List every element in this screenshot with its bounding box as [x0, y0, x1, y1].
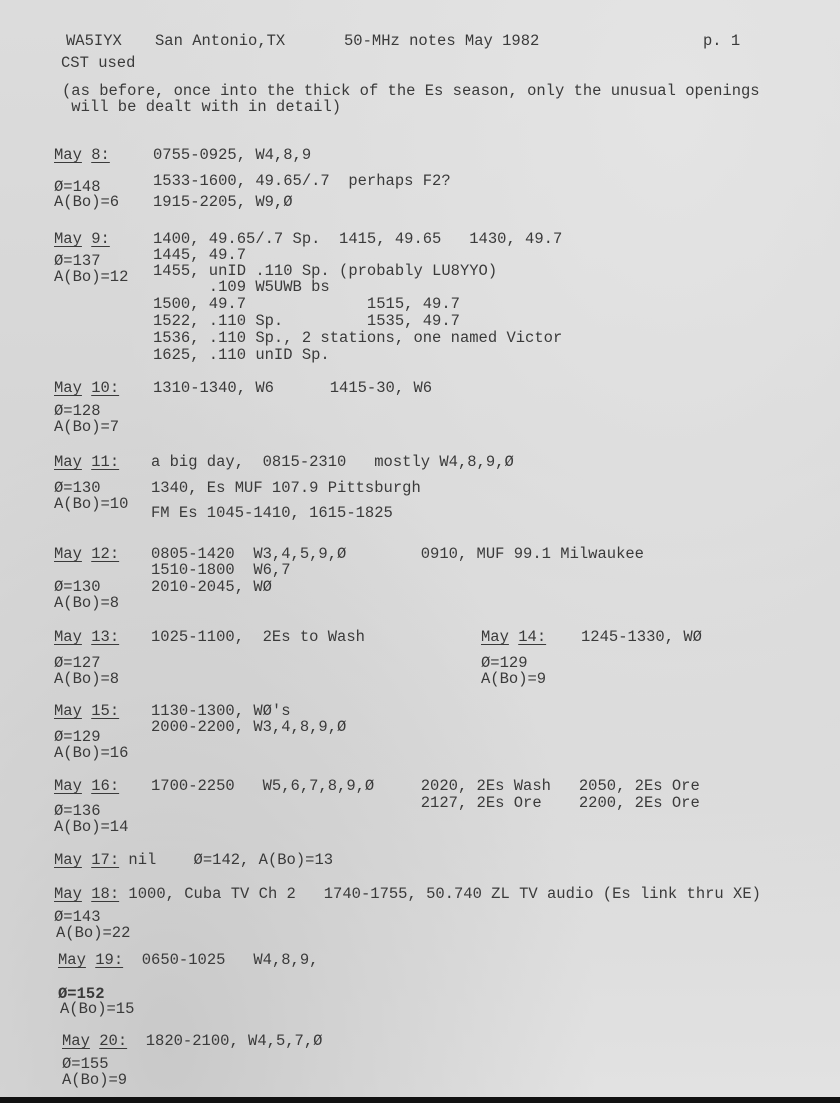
log-line: 0650-1025 W4,8,9,: [123, 951, 318, 969]
log-line: 1000, Cuba TV Ch 2 1740-1755, 50.740 ZL …: [119, 885, 761, 903]
date-month: May: [62, 1032, 90, 1050]
date-day: 8:: [91, 146, 110, 164]
a-index: A(Bo)=8: [54, 670, 119, 688]
log-line: 2000-2200, W3,4,8,9,Ø: [151, 718, 346, 736]
log-line: 0755-0925, W4,8,9: [153, 146, 311, 164]
log-line: 1533-1600, 49.65/.7 perhaps F2?: [153, 172, 451, 190]
a-index: A(Bo)=6: [54, 193, 119, 211]
a-index: A(Bo)=12: [54, 268, 128, 286]
date-month: May: [54, 379, 82, 397]
log-line: 1510-1800 W6,7: [151, 561, 291, 579]
log-line: 1625, .110 unID Sp.: [153, 346, 330, 364]
a-index: A(Bo)=9: [481, 670, 546, 688]
date-month: May: [54, 885, 82, 903]
date-day: 13:: [91, 628, 119, 646]
page-bottom-edge: [0, 1097, 840, 1103]
date-month: May: [54, 851, 82, 869]
typewritten-page: WA5IYX San Antonio,TX 50-MHz notes May 1…: [0, 0, 840, 1101]
a-index: A(Bo)=22: [56, 924, 130, 942]
a-index: A(Bo)=14: [54, 818, 128, 836]
page-number: p. 1: [703, 32, 740, 50]
date-day: 11:: [91, 453, 119, 471]
date-month: May: [58, 951, 86, 969]
time-note: CST used: [61, 54, 135, 72]
date-day: 18:: [91, 885, 119, 903]
log-line: 1310-1340, W6 1415-30, W6: [153, 379, 432, 397]
location: San Antonio,TX: [155, 32, 285, 50]
a-index: A(Bo)=15: [60, 1000, 134, 1018]
log-line: 1500, 49.7 1515, 49.7: [153, 295, 460, 313]
date-day: 14:: [518, 628, 546, 646]
log-line: nil Ø=142, A(Bo)=13: [119, 851, 333, 869]
callsign: WA5IYX: [66, 32, 122, 50]
log-line: 2127, 2Es Ore 2200, 2Es Ore: [151, 794, 700, 812]
date-month: May: [54, 230, 82, 248]
log-line: 1536, .110 Sp., 2 stations, one named Vi…: [153, 329, 562, 347]
log-line: FM Es 1045-1410, 1615-1825: [151, 504, 393, 522]
log-line: 1522, .110 Sp. 1535, 49.7: [153, 312, 460, 330]
date-day: 12:: [91, 545, 119, 563]
log-line: 1025-1100, 2Es to Wash: [151, 628, 365, 646]
date-day: 10:: [91, 379, 119, 397]
a-index: A(Bo)=9: [62, 1071, 127, 1089]
date-month: May: [54, 628, 82, 646]
a-index: A(Bo)=10: [54, 495, 128, 513]
date-day: 16:: [91, 777, 119, 795]
log-line: .109 W5UWB bs: [153, 278, 330, 296]
date-month: May: [481, 628, 509, 646]
date-day: 9:: [91, 230, 110, 248]
log-line: a big day, 0815-2310 mostly W4,8,9,Ø: [151, 453, 514, 471]
date-day: 15:: [91, 702, 119, 720]
entry-may-17: May 17: nil Ø=142, A(Bo)=13: [54, 851, 333, 869]
log-line: 1915-2205, W9,Ø: [153, 193, 293, 211]
date-month: May: [54, 777, 82, 795]
date-month: May: [54, 453, 82, 471]
log-line: 1820-2100, W4,5,7,Ø: [127, 1032, 322, 1050]
page-title: 50-MHz notes May 1982: [344, 32, 539, 50]
log-line: 1340, Es MUF 107.9 Pittsburgh: [151, 479, 421, 497]
a-index: A(Bo)=7: [54, 418, 119, 436]
a-index: A(Bo)=16: [54, 744, 128, 762]
log-line: 1700-2250 W5,6,7,8,9,Ø 2020, 2Es Wash 20…: [151, 777, 700, 795]
date-day: 17:: [91, 851, 119, 869]
date-month: May: [54, 702, 82, 720]
date-month: May: [54, 545, 82, 563]
intro-line-2: will be dealt with in detail): [62, 98, 341, 116]
a-index: A(Bo)=8: [54, 594, 119, 612]
log-line: 1245-1330, WØ: [581, 628, 702, 646]
date-month: May: [54, 146, 82, 164]
log-line: 2010-2045, WØ: [151, 578, 272, 596]
date-day: 19:: [95, 951, 123, 969]
date-day: 20:: [99, 1032, 127, 1050]
